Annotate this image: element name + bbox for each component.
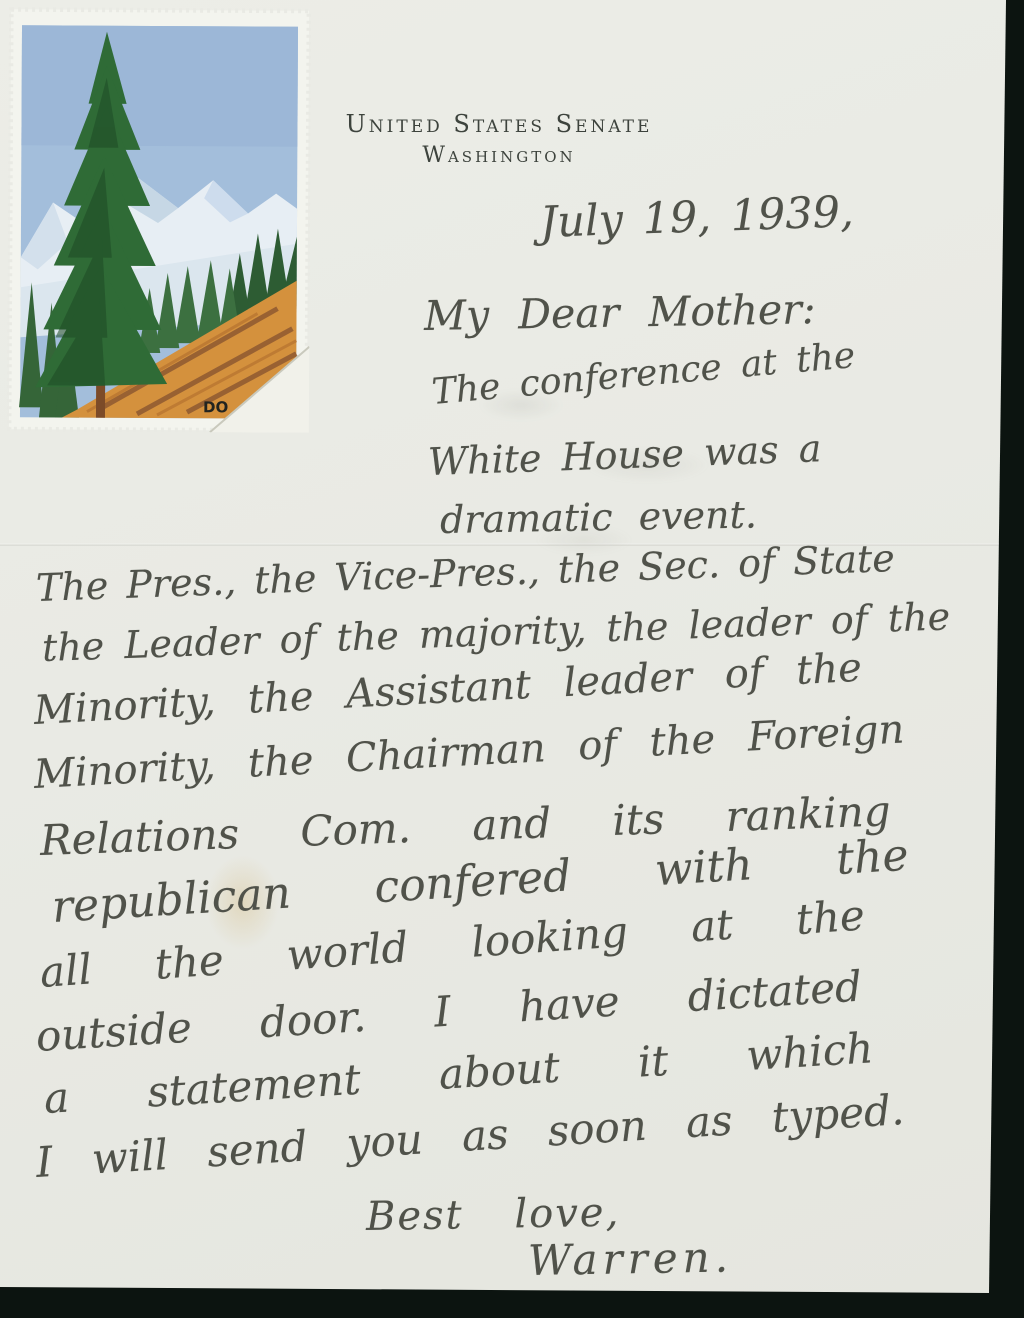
body-line: The conference at the	[430, 335, 857, 413]
letter-date: July 19, 1939,	[539, 187, 854, 248]
letter-closing: Best love,	[366, 1190, 621, 1240]
letterhead: United States Senate Washington	[308, 110, 690, 168]
letter-paper: DO United States Senate Washington July …	[0, 0, 1006, 1295]
letter-signature: Warren.	[528, 1232, 734, 1285]
letter-salutation: My Dear Mother:	[424, 285, 816, 340]
stamp-artwork	[19, 25, 298, 418]
body-line: White House was a	[427, 426, 822, 484]
stamp-mark-text: DO	[203, 398, 228, 416]
pine-mountain-landscape-stamp: DO	[7, 7, 311, 433]
body-line: dramatic event.	[440, 492, 758, 542]
letterhead-washington-line: Washington	[308, 143, 690, 168]
letterhead-senate-line: United States Senate	[308, 110, 690, 138]
body-line: The Pres., the Vice-Pres., the Sec. of S…	[35, 536, 895, 610]
